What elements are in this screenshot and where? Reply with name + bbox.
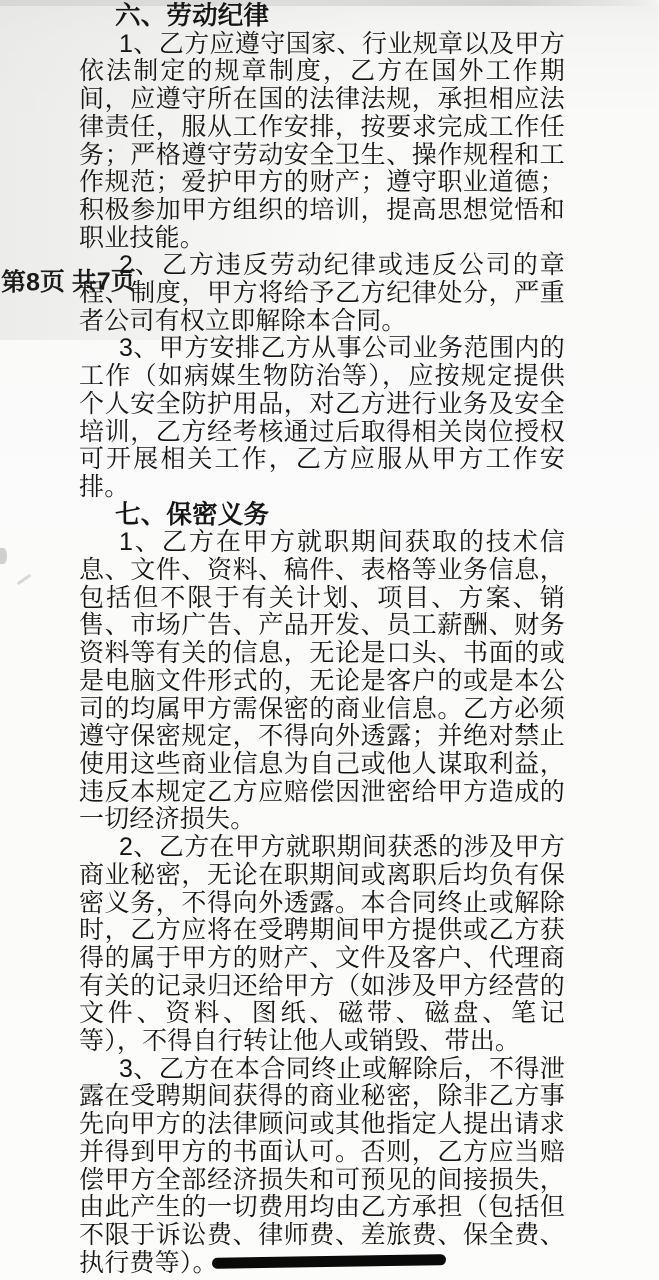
contract-paragraph: 3、甲方安排乙方从事公司业务范围内的工作（如病媒生物防治等），应按规定提供个人安… <box>79 335 565 501</box>
contract-paragraph: 2、乙方在甲方就职期间获悉的涉及甲方商业秘密，无论在职期间或离职后均负有保密义务… <box>79 834 565 1056</box>
photo-speck-artifact <box>0 548 7 564</box>
section-confidentiality: 七、保密义务 1、乙方在甲方就职期间获取的技术信息、文件、资料、稿件、表格等业务… <box>79 502 565 1278</box>
section-labor-discipline: 六、劳动纪律 1、乙方应遵守国家、行业规章以及甲方依法制定的规章制度，乙方在国外… <box>79 3 565 502</box>
contract-paragraph: 3、乙方在本合同终止或解除后，不得泄露在受聘期间获得的商业秘密，除非乙方事先向甲… <box>79 1056 565 1278</box>
contract-text-column: 六、劳动纪律 1、乙方应遵守国家、行业规章以及甲方依法制定的规章制度，乙方在国外… <box>79 3 565 1277</box>
contract-paragraph: 1、乙方在甲方就职期间获取的技术信息、文件、资料、稿件、表格等业务信息，包括但不… <box>79 529 565 834</box>
contract-paragraph: 1、乙方应遵守国家、行业规章以及甲方依法制定的规章制度，乙方在国外工作期间，应遵… <box>79 31 565 253</box>
section-heading: 六、劳动纪律 <box>79 3 565 31</box>
contract-paragraph: 2、乙方违反劳动纪律或违反公司的章程、制度，甲方将给予乙方纪律处分，严重者公司有… <box>79 252 565 335</box>
section-heading: 七、保密义务 <box>79 502 565 530</box>
